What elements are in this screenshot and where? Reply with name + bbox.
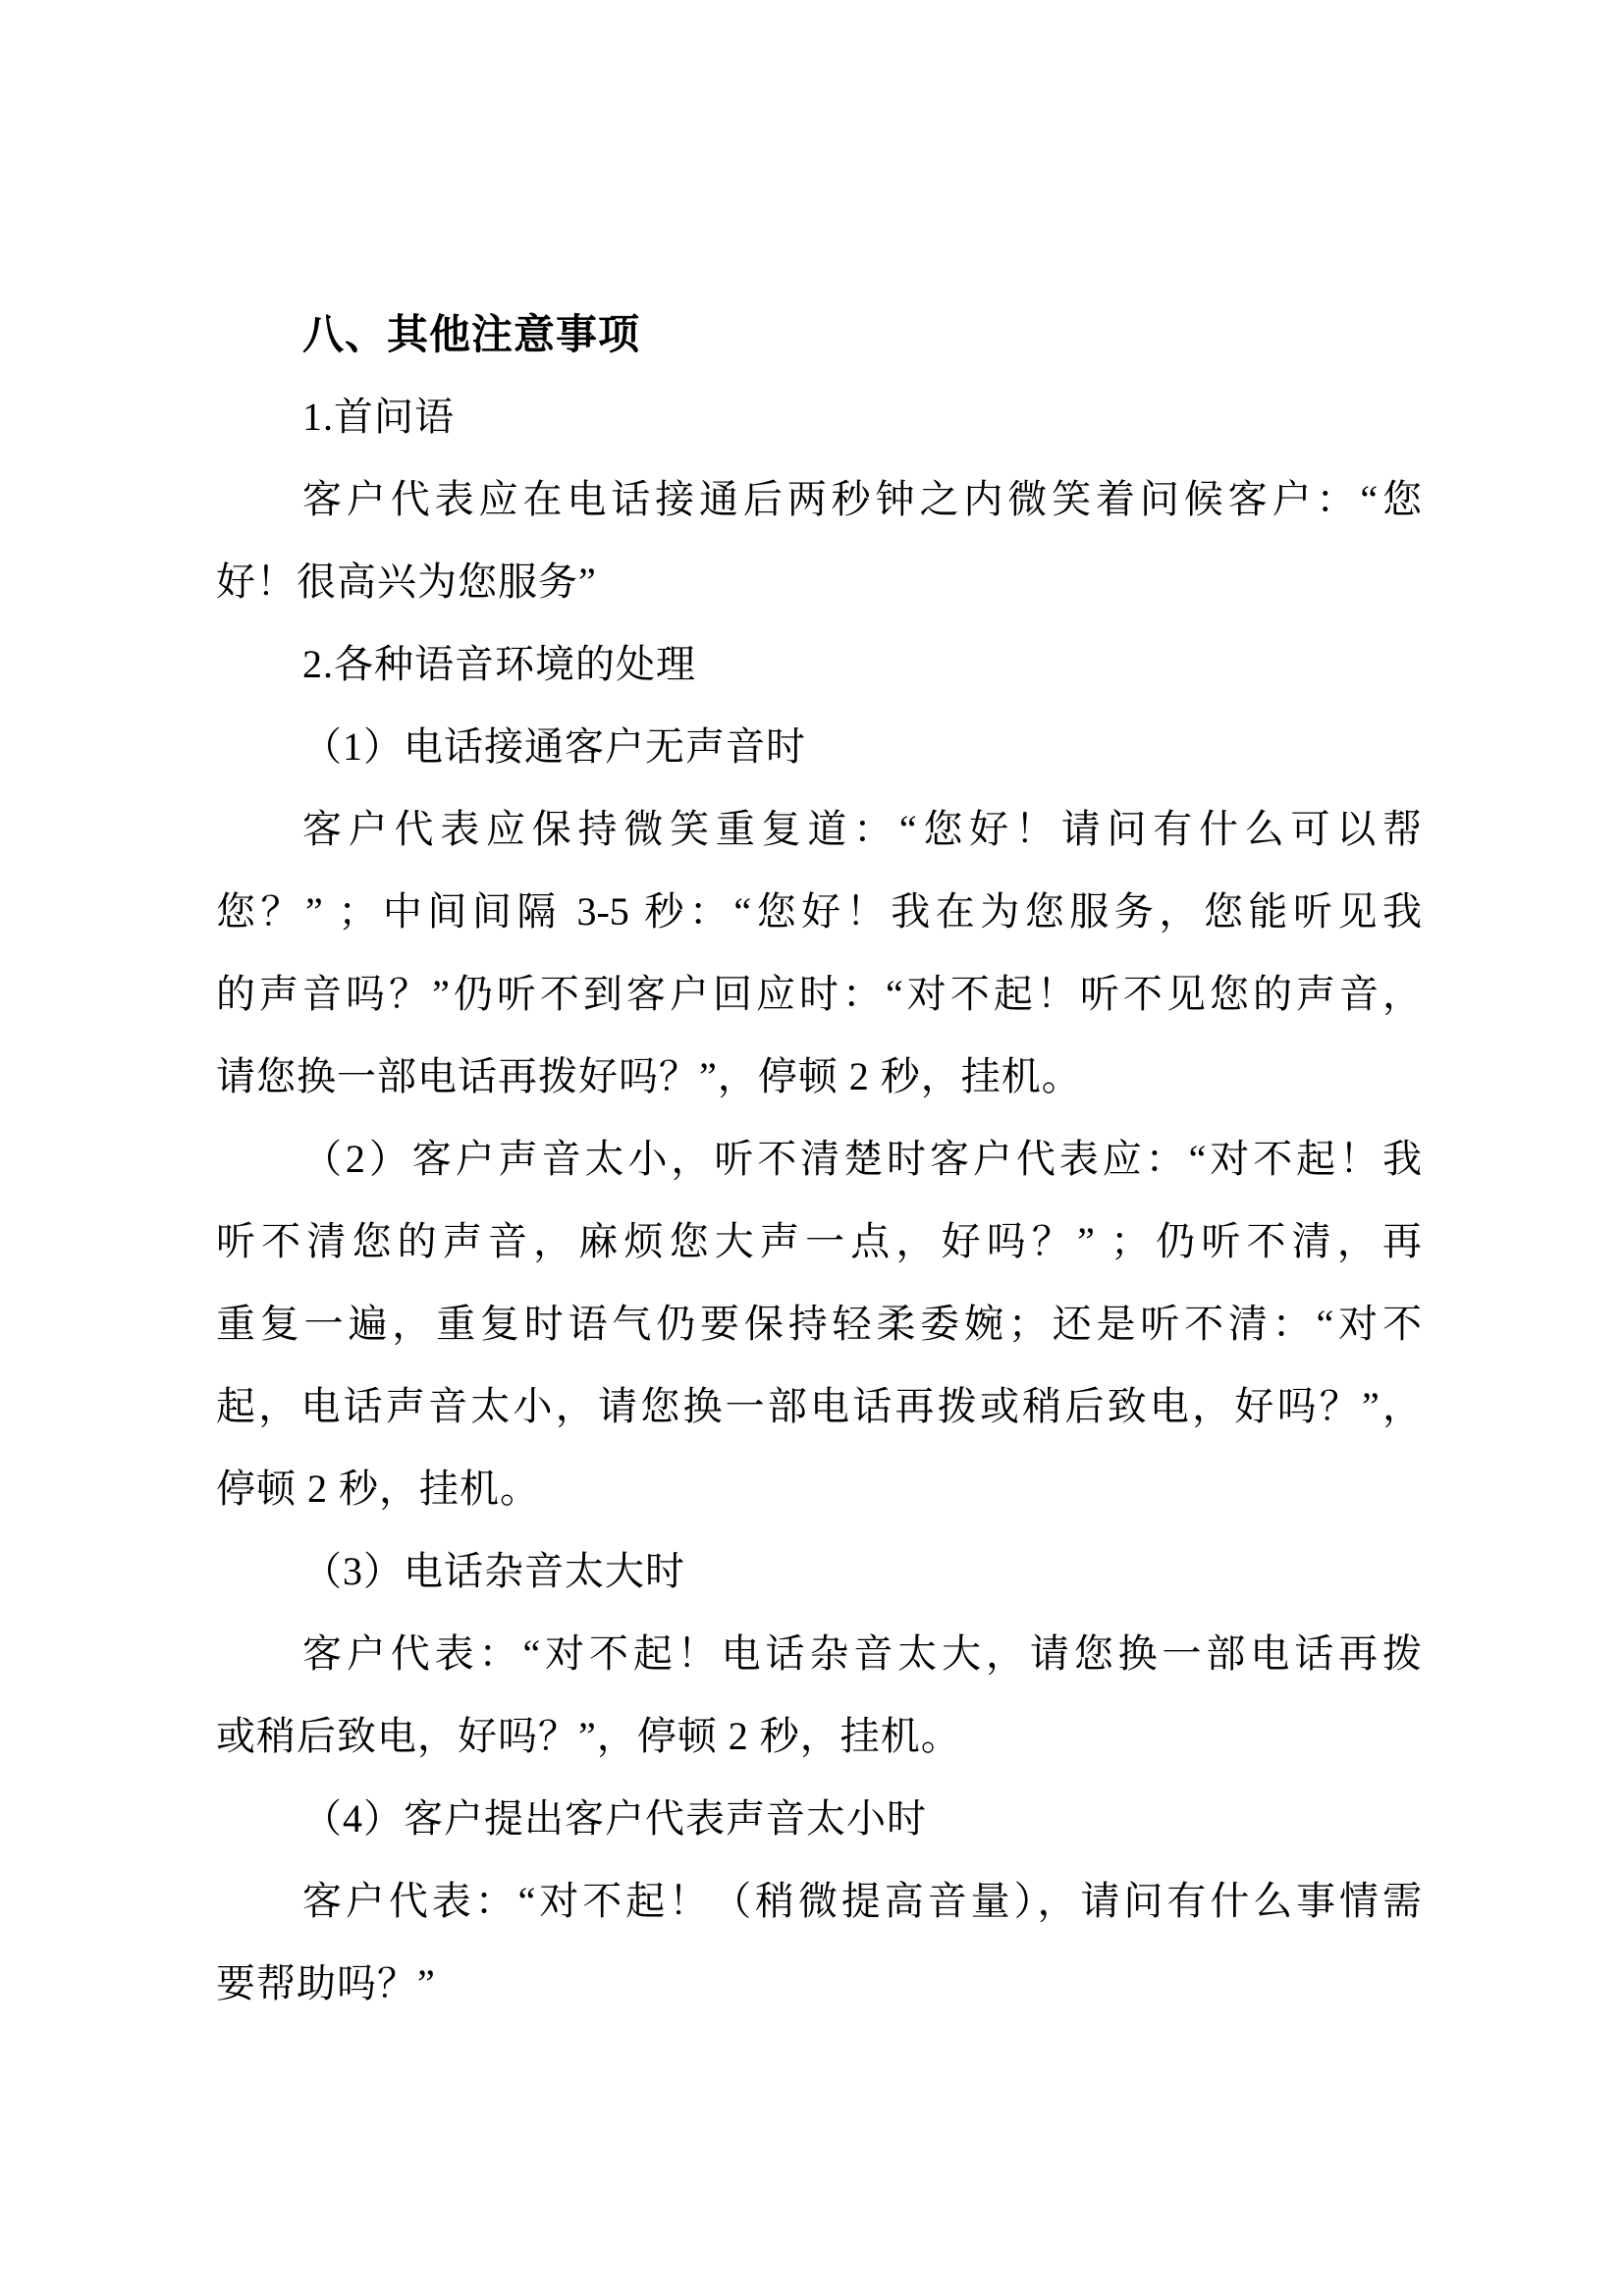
text-line: 1.首问语 <box>216 376 1422 458</box>
text-line: 客户代表：“对不起！（稍微提高音量），请问有什么事情需 <box>216 1860 1422 1943</box>
document-text-block: 八、其他注意事项 1.首问语 客户代表应在电话接通后两秒钟之内微笑着问候客户：“… <box>216 294 1422 2025</box>
text-line: （1）电话接通客户无声音时 <box>216 706 1422 788</box>
text-line: 要帮助吗？” <box>216 1943 1422 2025</box>
text-line: 客户代表应在电话接通后两秒钟之内微笑着问候客户：“您 <box>216 458 1422 541</box>
document-page: 八、其他注意事项 1.首问语 客户代表应在电话接通后两秒钟之内微笑着问候客户：“… <box>0 0 1624 2296</box>
text-line: 重复一遍，重复时语气仍要保持轻柔委婉；还是听不清：“对不 <box>216 1283 1422 1365</box>
text-line: 您？” ；中间间隔 3-5 秒：“您好！我在为您服务，您能听见我 <box>216 871 1422 953</box>
text-line: 好！很高兴为您服务” <box>216 541 1422 623</box>
text-line: 听不清您的声音，麻烦您大声一点，好吗？” ；仍听不清，再 <box>216 1201 1422 1283</box>
text-line: （2）客户声音太小，听不清楚时客户代表应：“对不起！我 <box>216 1118 1422 1201</box>
text-line: 的声音吗？”仍听不到客户回应时：“对不起！听不见您的声音， <box>216 953 1422 1036</box>
text-line: 或稍后致电，好吗？”，停顿 2 秒，挂机。 <box>216 1695 1422 1778</box>
text-line: 客户代表应保持微笑重复道：“您好！请问有什么可以帮 <box>216 788 1422 871</box>
text-line: 停顿 2 秒，挂机。 <box>216 1448 1422 1530</box>
text-line: 2.各种语音环境的处理 <box>216 623 1422 706</box>
section-heading: 八、其他注意事项 <box>216 294 1422 376</box>
text-line: （4）客户提出客户代表声音太小时 <box>216 1778 1422 1860</box>
text-line: （3）电话杂音太大时 <box>216 1530 1422 1613</box>
text-line: 请您换一部电话再拨好吗？”，停顿 2 秒，挂机。 <box>216 1036 1422 1118</box>
text-line: 起，电话声音太小，请您换一部电话再拨或稍后致电，好吗？”， <box>216 1365 1422 1448</box>
text-line: 客户代表：“对不起！电话杂音太大，请您换一部电话再拨 <box>216 1613 1422 1695</box>
